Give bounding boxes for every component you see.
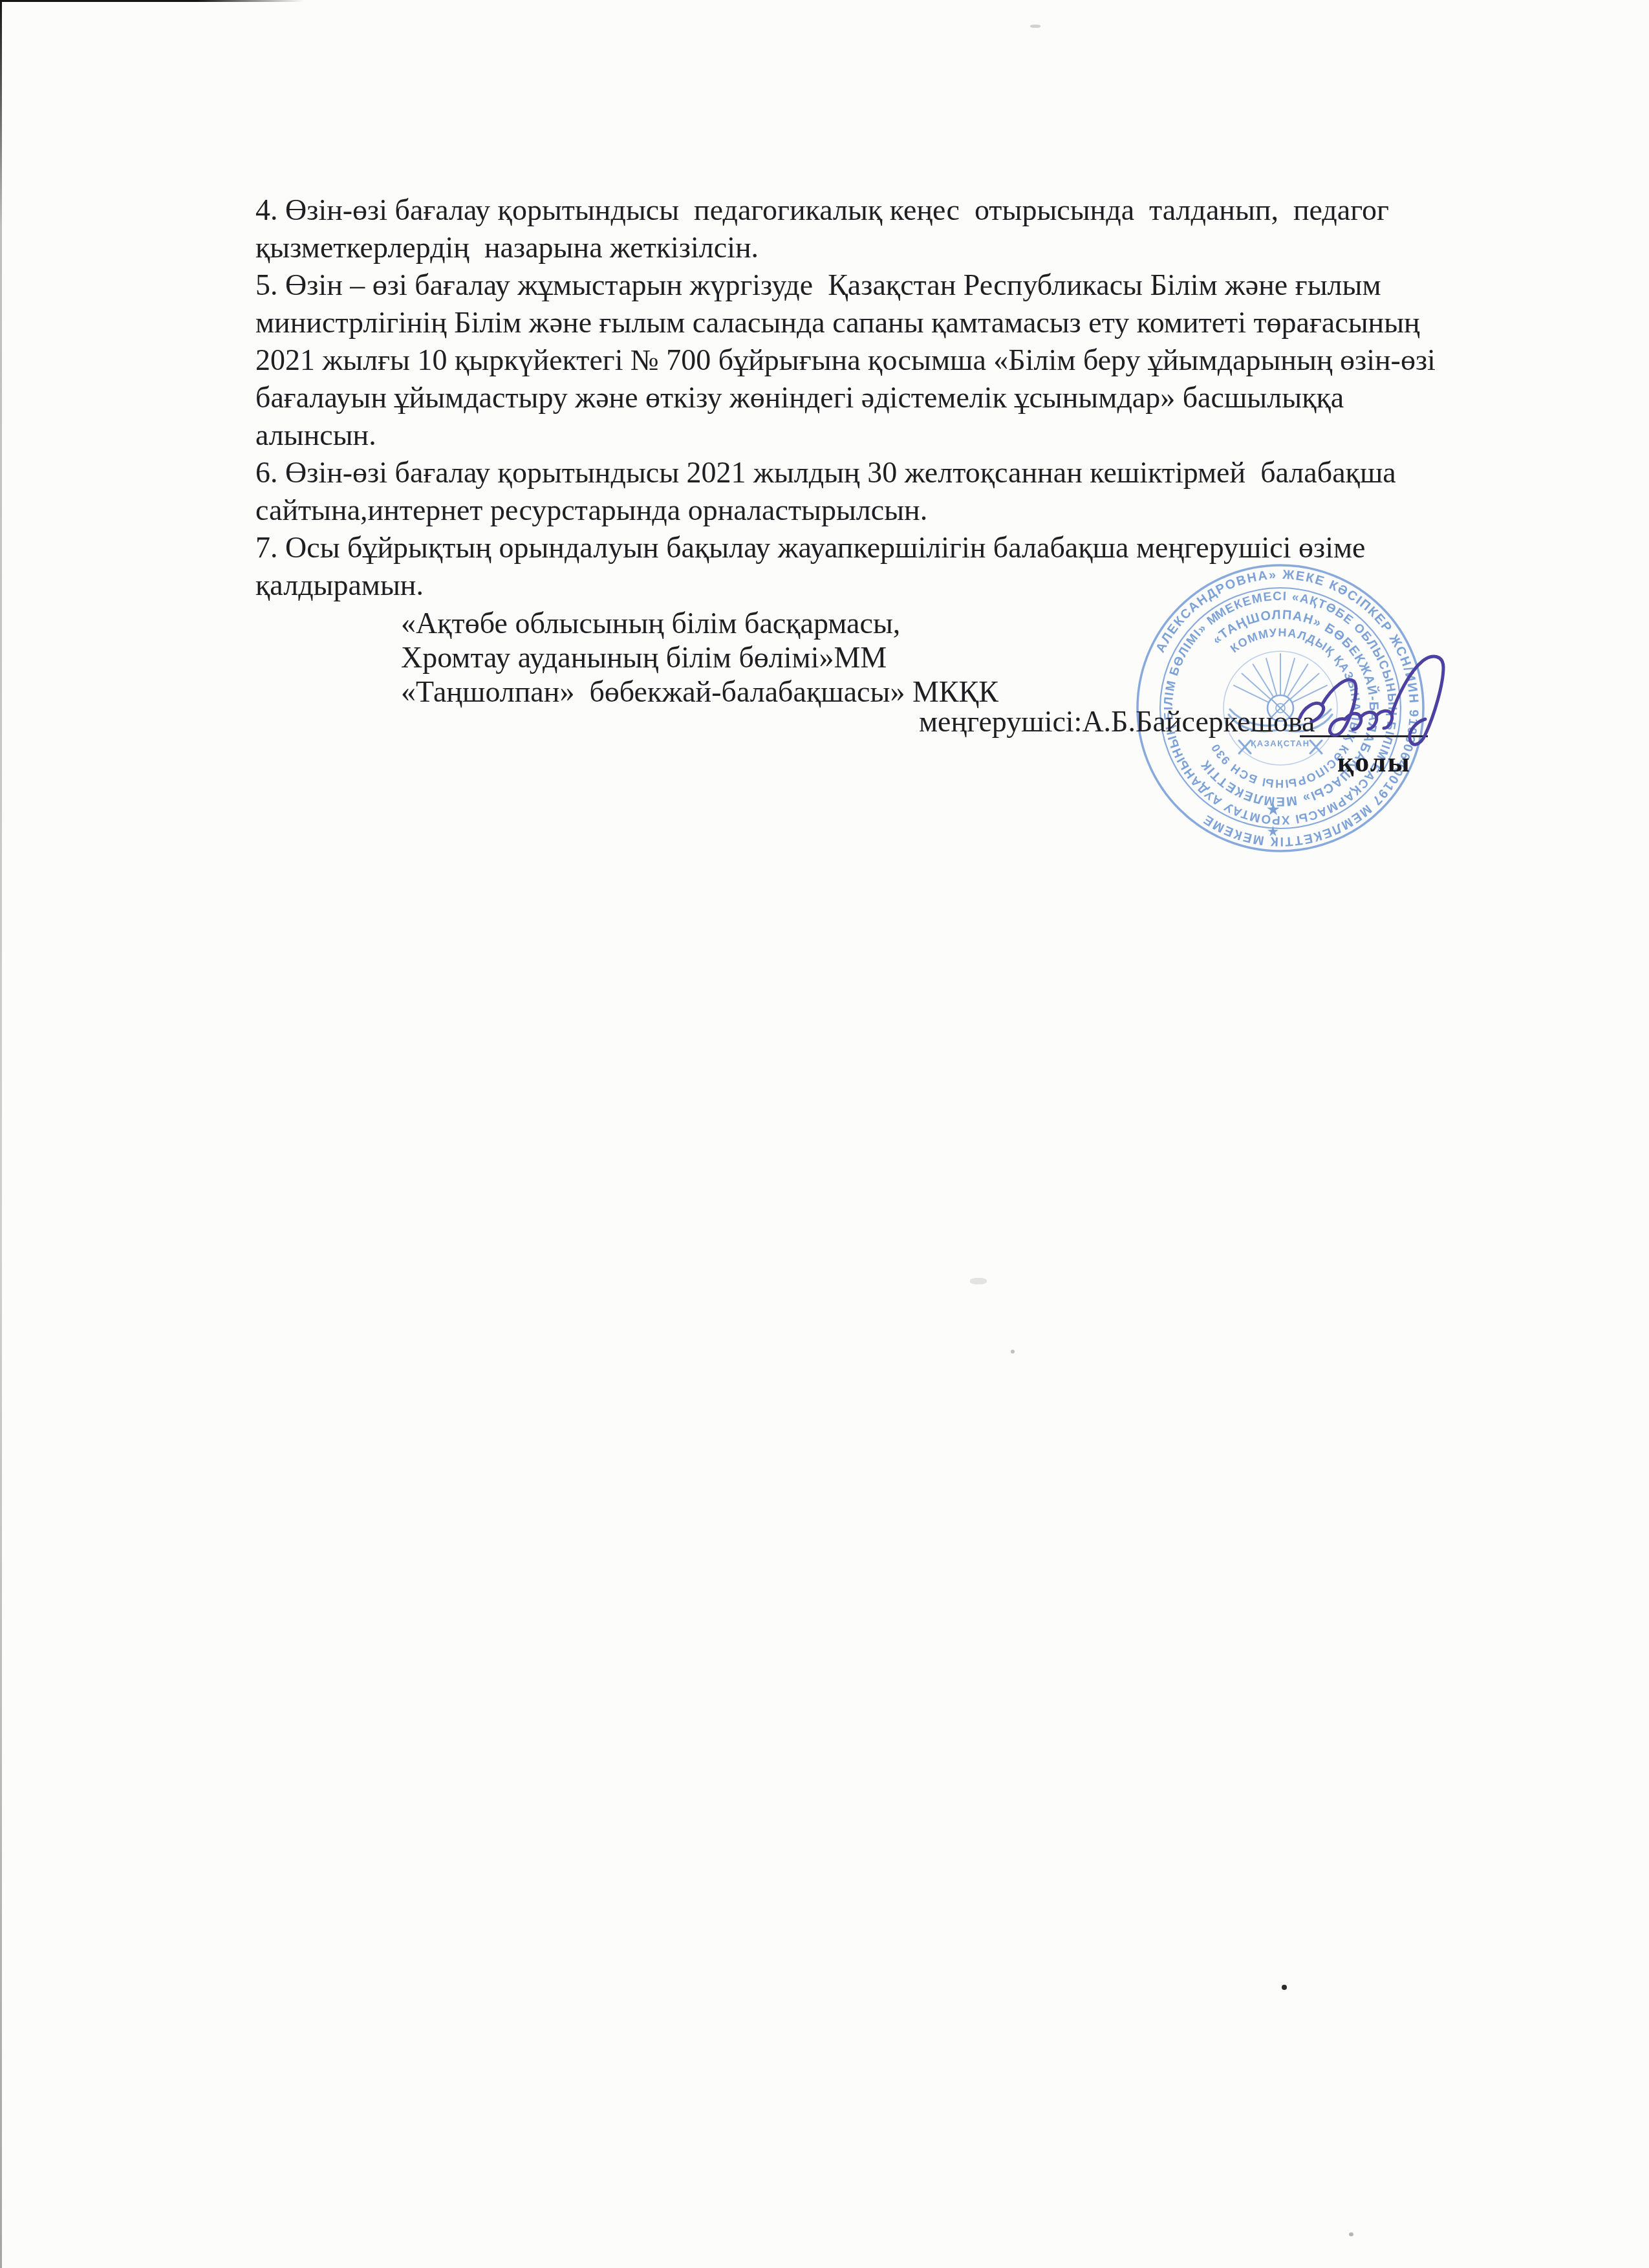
document-line: алынсын. [255,420,376,450]
document-line: 7. Осы бұйрықтың орындалуын бақылау жауа… [255,533,1366,563]
handwritten-signature [1287,652,1481,765]
organization-line: Хромтау ауданының білім бөлімі»ММ [401,643,887,673]
scan-edge-left [0,0,2,2268]
document-line: 5. Өзін – өзі бағалау жұмыстарын жүргізу… [255,270,1381,300]
organization-line: «Ақтөбе облысының білім басқармасы, [401,609,900,638]
document-line: 2021 жылғы 10 қыркүйектегі № 700 бұйрығы… [255,345,1436,375]
document-line: қызметкерлердің назарына жеткізілсін. [255,233,759,263]
signatory-label: меңгерушісі:А.Б.Байсеркешова [919,707,1315,737]
document-line: бағалауын ұйымдастыру және өткізу жөнінд… [255,383,1344,413]
organization-line: «Таңшолпан» бөбекжай-балабақшасы» МКҚК [401,677,998,707]
scan-speck [970,1278,987,1284]
document-line: сайтына,интернет ресурстарында орналасты… [255,495,927,525]
document-line: 4. Өзін-өзі бағалау қорытындысы педагоги… [255,195,1389,225]
signature-strokes [1300,656,1443,744]
document-line: министрлігінің Білім және ғылым саласынд… [255,308,1420,338]
document-line: 6. Өзін-өзі бағалау қорытындысы 2021 жыл… [255,458,1396,488]
scan-edge-top [0,0,304,2]
stamp-star-icon: ★ [1267,801,1280,817]
document-line: қалдырамын. [255,570,424,600]
scan-speck [1030,25,1040,28]
scan-speck [1011,1350,1015,1354]
scanned-document-page: АЛЕКСАНДРОВНА» ЖЕКЕ КӘСІПКЕР ЖСН/ИИН 910… [0,0,1649,2268]
scan-speck [1282,1985,1287,1990]
stamp-star-icon: ★ [1267,825,1278,839]
scan-speck [1349,2232,1353,2236]
